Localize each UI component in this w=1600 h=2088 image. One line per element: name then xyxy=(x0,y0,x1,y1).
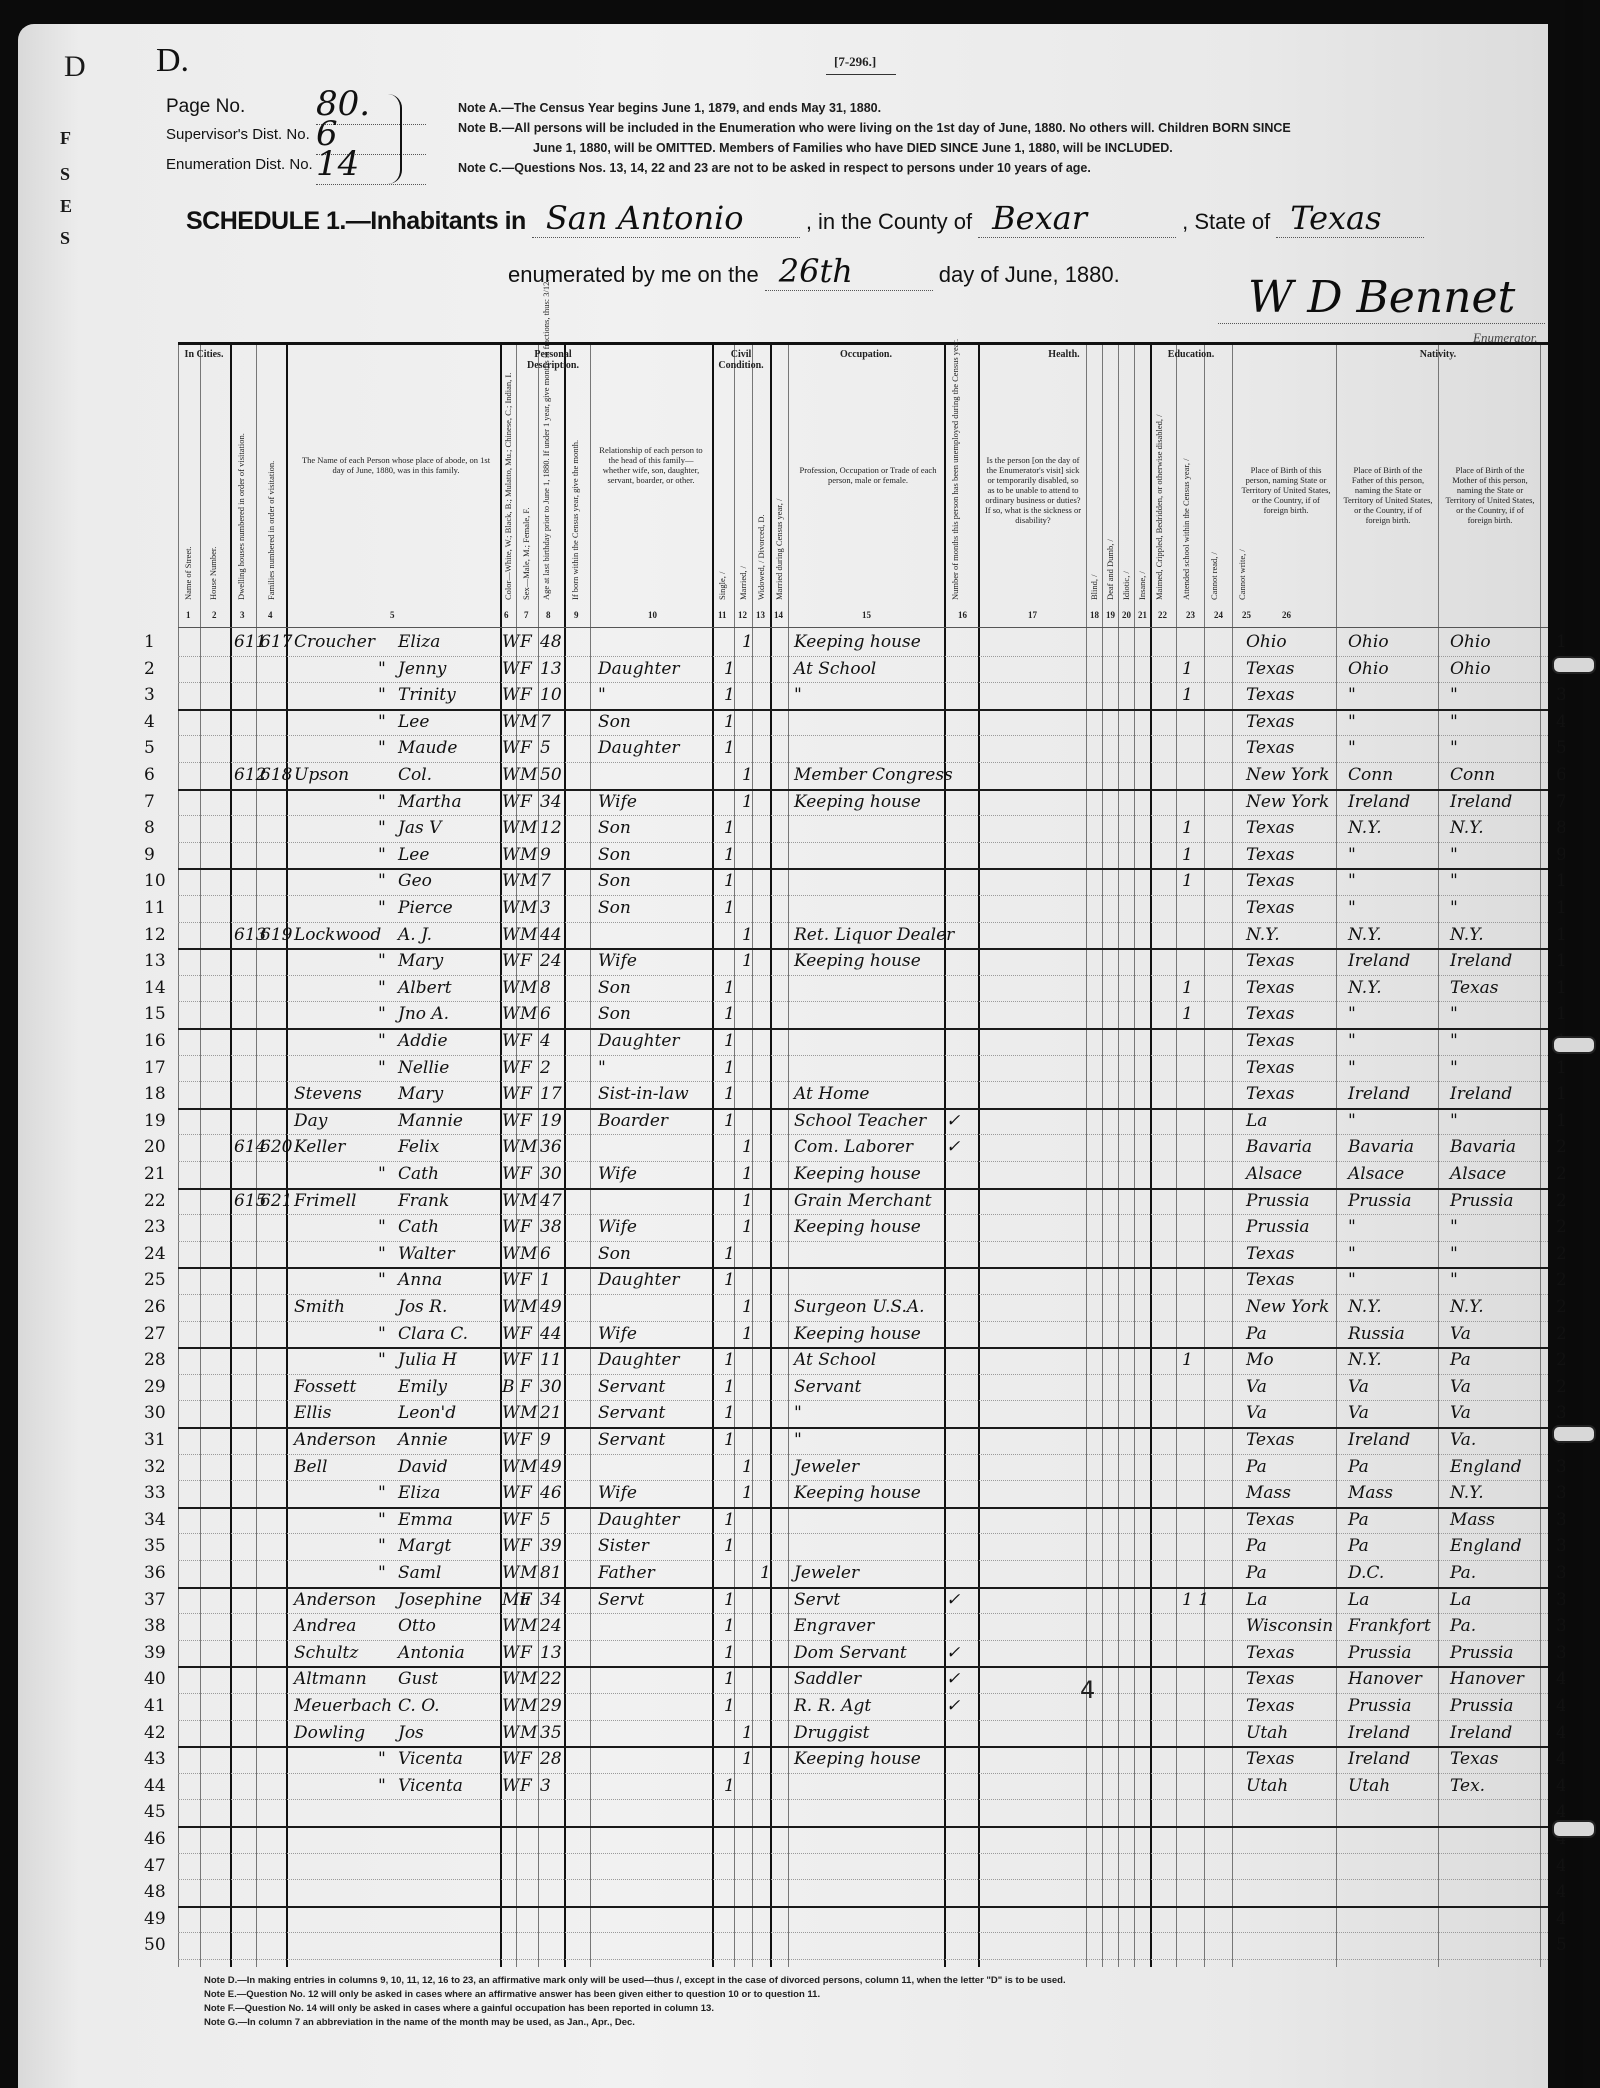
header-deaf: Deaf and Dumb, / xyxy=(1105,505,1115,600)
surname-cell: Croucher xyxy=(294,629,375,655)
color-cell: W xyxy=(502,1720,519,1746)
occupation-cell: Keeping house xyxy=(794,1746,921,1772)
sex-cell: M xyxy=(520,1693,537,1719)
married-mark-cell: 1 xyxy=(742,1214,753,1240)
surname-cell: Anderson xyxy=(294,1587,376,1613)
mother-birthplace-cell: Ireland xyxy=(1450,1081,1512,1107)
relationship-cell: Father xyxy=(598,1560,655,1586)
occupation-cell: Com. Laborer xyxy=(794,1134,913,1160)
age-cell: 4 xyxy=(540,1028,551,1054)
color-cell: W xyxy=(502,1400,519,1426)
row-number: 30 xyxy=(144,1400,166,1426)
father-birthplace-cell: Pa xyxy=(1348,1533,1369,1559)
color-cell: W xyxy=(502,1746,519,1772)
birthplace-cell: Va xyxy=(1246,1374,1267,1400)
father-birthplace-cell: " xyxy=(1348,709,1356,735)
father-birthplace-cell: N.Y. xyxy=(1348,815,1382,841)
row-number: 41 xyxy=(144,1693,166,1719)
margin-letter: F xyxy=(60,128,71,149)
given-name-cell: Mannie xyxy=(398,1108,463,1134)
row-number: 31 xyxy=(144,1427,166,1453)
birthplace-cell: Prussia xyxy=(1246,1214,1310,1240)
row-number: 22 xyxy=(144,1188,166,1214)
row-number: 35 xyxy=(144,1533,166,1559)
given-name-cell: Anna xyxy=(398,1267,442,1293)
birthplace-cell: Pa xyxy=(1246,1560,1267,1586)
state-label: , State of xyxy=(1182,209,1270,235)
color-cell: W xyxy=(502,682,519,708)
given-name-cell: Mary xyxy=(398,1081,443,1107)
column-number: 4 xyxy=(268,610,273,620)
row-number: 44 xyxy=(144,1773,166,1799)
row-number: 24 xyxy=(144,1241,166,1267)
relationship-cell: Servant xyxy=(598,1374,665,1400)
form-code: [7-296.] xyxy=(834,54,876,70)
sex-cell: M xyxy=(520,1241,537,1267)
married-mark-cell: 1 xyxy=(742,789,753,815)
father-birthplace-cell: Va xyxy=(1348,1400,1369,1426)
married-mark-cell: 1 xyxy=(742,948,753,974)
table-row: 1010"GeoWM7Son11Texas"" xyxy=(178,868,1548,896)
father-birthplace-cell: Pa xyxy=(1348,1507,1369,1533)
surname-cell: " xyxy=(378,1507,386,1533)
row-number: 43 xyxy=(144,1746,166,1772)
given-name-cell: Gust xyxy=(398,1666,438,1692)
table-row: 1616"AddieWF4Daughter1Texas"" xyxy=(178,1028,1548,1056)
birthplace-cell: Texas xyxy=(1246,1028,1295,1054)
surname-cell: " xyxy=(378,1028,386,1054)
birthplace-cell: N.Y. xyxy=(1246,922,1280,948)
given-name-cell: C. O. xyxy=(398,1693,440,1719)
birthplace-cell: Texas xyxy=(1246,1746,1295,1772)
father-birthplace-cell: Russia xyxy=(1348,1321,1405,1347)
mother-birthplace-cell: " xyxy=(1450,682,1458,708)
surname-cell: " xyxy=(378,1001,386,1027)
color-cell: W xyxy=(502,1241,519,1267)
note-b: Note B.—All persons will be included in … xyxy=(458,118,1291,138)
color-cell: B xyxy=(502,1374,515,1400)
occupation-cell: Saddler xyxy=(794,1666,861,1692)
given-name-cell: Albert xyxy=(398,975,452,1001)
sex-cell: F xyxy=(520,1161,532,1187)
given-name-cell: Emma xyxy=(398,1507,453,1533)
age-cell: 30 xyxy=(540,1374,562,1400)
color-cell: W xyxy=(502,1454,519,1480)
surname-cell: " xyxy=(378,1267,386,1293)
table-row: 55"MaudeWF5Daughter1Texas"" xyxy=(178,735,1548,763)
surname-cell: " xyxy=(378,656,386,682)
color-cell: W xyxy=(502,1640,519,1666)
surname-cell: Upson xyxy=(294,762,349,788)
binder-ring xyxy=(1552,1425,1596,1443)
table-row: 1717"NellieWF2"1Texas"" xyxy=(178,1055,1548,1083)
table-row: 22"JennyWF13Daughter1At School1TexasOhio… xyxy=(178,656,1548,684)
header-nativity: Nativity. xyxy=(1336,349,1540,360)
given-name-cell: Trinity xyxy=(398,682,456,708)
sex-cell: F xyxy=(520,1108,532,1134)
sex-cell: M xyxy=(520,1613,537,1639)
married-mark-cell: 1 xyxy=(742,1480,753,1506)
father-birthplace-cell: Prussia xyxy=(1348,1188,1412,1214)
mother-birthplace-cell: Mass xyxy=(1450,1507,1495,1533)
single-mark-cell: 1 xyxy=(724,709,735,735)
table-row: 1515"Jno A.WM6Son11Texas"" xyxy=(178,1001,1548,1030)
attended-school-mark-cell: 1 xyxy=(1182,682,1193,708)
surname-cell: " xyxy=(378,815,386,841)
father-birthplace-cell: Prussia xyxy=(1348,1640,1412,1666)
header-occupation-group: Occupation. xyxy=(788,349,944,360)
relationship-cell: Wife xyxy=(598,1321,637,1347)
father-birthplace-cell: Mass xyxy=(1348,1480,1393,1506)
color-cell: W xyxy=(502,895,519,921)
occupation-cell: School Teacher xyxy=(794,1108,926,1134)
relationship-cell: Wife xyxy=(598,1214,637,1240)
header-health: Health. xyxy=(978,349,1150,360)
mother-birthplace-cell: N.Y. xyxy=(1450,815,1484,841)
age-cell: 49 xyxy=(540,1454,562,1480)
father-birthplace-cell: " xyxy=(1348,1241,1356,1267)
note-a: Note A.—The Census Year begins June 1, 1… xyxy=(458,98,1291,118)
binder-ring xyxy=(1552,656,1596,674)
column-number: 5 xyxy=(390,610,395,620)
sex-cell: F xyxy=(520,948,532,974)
single-mark-cell: 1 xyxy=(724,1241,735,1267)
color-cell: W xyxy=(502,1560,519,1586)
color-cell: W xyxy=(502,815,519,841)
relationship-cell: Daughter xyxy=(598,1507,680,1533)
attended-school-mark-cell: 1 xyxy=(1182,1347,1193,1373)
father-birthplace-cell: Va xyxy=(1348,1374,1369,1400)
divider xyxy=(826,74,896,75)
given-name-cell: Margt xyxy=(398,1533,451,1559)
occupation-cell: Keeping house xyxy=(794,1161,921,1187)
age-cell: 48 xyxy=(540,629,562,655)
father-birthplace-cell: Utah xyxy=(1348,1773,1390,1799)
father-birthplace-cell: Alsace xyxy=(1348,1161,1404,1187)
occupation-cell: Servt xyxy=(794,1587,840,1613)
column-number: 17 xyxy=(1028,610,1037,620)
single-mark-cell: 1 xyxy=(724,1347,735,1373)
age-cell: 8 xyxy=(540,975,551,1001)
birthplace-cell: New York xyxy=(1246,789,1329,815)
married-mark-cell: 1 xyxy=(742,1746,753,1772)
age-cell: 5 xyxy=(540,735,551,761)
unemployed-check-cell: ✓ xyxy=(946,1134,960,1160)
birthplace-cell: Texas xyxy=(1246,1267,1295,1293)
birthplace-cell: Texas xyxy=(1246,1666,1295,1692)
schedule-header: SCHEDULE 1.—Inhabitants in San Antonio ,… xyxy=(186,199,1424,238)
father-birthplace-cell: " xyxy=(1348,1028,1356,1054)
single-mark-cell: 1 xyxy=(724,1081,735,1107)
father-birthplace-cell: Hanover xyxy=(1348,1666,1422,1692)
color-cell: W xyxy=(502,1507,519,1533)
surname-cell: Bell xyxy=(294,1454,327,1480)
column-number: 9 xyxy=(574,610,579,620)
surname-cell: " xyxy=(378,1321,386,1347)
given-name-cell: Otto xyxy=(398,1613,436,1639)
birthplace-cell: Texas xyxy=(1246,1427,1295,1453)
header-single: Single, / xyxy=(717,525,727,600)
column-number: 8 xyxy=(546,610,551,620)
surname-cell: Fossett xyxy=(294,1374,356,1400)
table-row: 1212613619LockwoodA. J.WM441Ret. Liquor … xyxy=(178,922,1548,951)
header-age: Age at last birthday prior to June 1, 18… xyxy=(541,375,551,600)
row-number: 2 xyxy=(144,656,155,682)
attended-school-mark-cell: 1 xyxy=(1182,656,1193,682)
table-row: 4444"VicentaWF31UtahUtahTex. xyxy=(178,1773,1548,1801)
birthplace-cell: Texas xyxy=(1246,975,1295,1001)
given-name-cell: Jos R. xyxy=(398,1294,447,1320)
occupation-cell: At Home xyxy=(794,1081,869,1107)
mother-birthplace-cell: Ireland xyxy=(1450,1720,1512,1746)
relationship-cell: Son xyxy=(598,868,631,894)
county-label: , in the County of xyxy=(806,209,972,235)
enum-suffix: day of June, 1880. xyxy=(939,262,1120,288)
surname-cell: Andrea xyxy=(294,1613,356,1639)
birthplace-cell: Texas xyxy=(1246,948,1295,974)
row-number: 36 xyxy=(144,1560,166,1586)
father-birthplace-cell: Pa xyxy=(1348,1454,1369,1480)
surname-cell: Stevens xyxy=(294,1081,362,1107)
married-mark-cell: 1 xyxy=(742,1321,753,1347)
column-number: 6 xyxy=(504,610,509,620)
occupation-cell: At School xyxy=(794,1347,876,1373)
table-row: 2020614620KellerFelixWM361Com. Laborer✓B… xyxy=(178,1134,1548,1162)
row-number: 49 xyxy=(144,1906,166,1932)
father-birthplace-cell: Ireland xyxy=(1348,789,1410,815)
form-letter: D. xyxy=(156,42,189,80)
row-number: 27 xyxy=(144,1321,166,1347)
mother-birthplace-cell: " xyxy=(1450,1055,1458,1081)
color-cell: W xyxy=(502,1134,519,1160)
note-g: Note G.—In column 7 an abbreviation in t… xyxy=(204,2016,1066,2030)
age-cell: 28 xyxy=(540,1746,562,1772)
row-number: 20 xyxy=(144,1134,166,1160)
occupation-cell: Keeping house xyxy=(794,1480,921,1506)
column-number: 12 xyxy=(738,610,747,620)
relationship-cell: Servant xyxy=(598,1400,665,1426)
mother-birthplace-cell: " xyxy=(1450,709,1458,735)
row-number: 38 xyxy=(144,1613,166,1639)
table-row: 3232BellDavidWM491JewelerPaPaEngland xyxy=(178,1454,1548,1482)
table-row: 4545 xyxy=(178,1799,1548,1828)
sex-cell: M xyxy=(520,709,537,735)
color-cell: W xyxy=(502,975,519,1001)
age-cell: 38 xyxy=(540,1214,562,1240)
enum-day: 26th xyxy=(765,252,933,291)
column-number: 22 xyxy=(1158,610,1167,620)
birthplace-cell: Texas xyxy=(1246,709,1295,735)
row-number: 5 xyxy=(144,735,155,761)
row-number: 10 xyxy=(144,868,166,894)
mother-birthplace-cell: " xyxy=(1450,1214,1458,1240)
married-mark-cell: 1 xyxy=(742,922,753,948)
birthplace-cell: Pa xyxy=(1246,1533,1267,1559)
father-birthplace-cell: N.Y. xyxy=(1348,1294,1382,1320)
enumerator-signature: W D Bennet xyxy=(1218,272,1545,324)
margin-letter: E xyxy=(60,196,72,217)
sex-cell: M xyxy=(520,1400,537,1426)
birthplace-cell: Wisconsin xyxy=(1246,1613,1333,1639)
sex-cell: F xyxy=(520,1081,532,1107)
family-number-cell: 617 xyxy=(260,629,292,655)
single-mark-cell: 1 xyxy=(724,1666,735,1692)
attended-school-mark-cell: 1 1 xyxy=(1182,1587,1209,1613)
birthplace-cell: New York xyxy=(1246,762,1329,788)
unemployed-check-cell: ✓ xyxy=(946,1640,960,1666)
mother-birthplace-cell: Ohio xyxy=(1450,629,1491,655)
age-cell: 81 xyxy=(540,1560,562,1586)
table-row: 2424"WalterWM6Son1Texas"" xyxy=(178,1241,1548,1270)
header-in-cities: In Cities. xyxy=(178,349,230,360)
single-mark-cell: 1 xyxy=(724,1028,735,1054)
age-cell: 29 xyxy=(540,1693,562,1719)
row-number: 11 xyxy=(144,895,166,921)
mother-birthplace-cell: England xyxy=(1450,1454,1522,1480)
birthplace-cell: Texas xyxy=(1246,895,1295,921)
table-row: 11611617CroucherElizaWF481Keeping houseO… xyxy=(178,629,1548,657)
age-cell: 46 xyxy=(540,1480,562,1506)
margin-letter: S xyxy=(60,228,70,249)
sex-cell: M xyxy=(520,1001,537,1027)
married-mark-cell: 1 xyxy=(742,1188,753,1214)
occupation-cell: Ret. Liquor Dealer xyxy=(794,922,954,948)
age-cell: 1 xyxy=(540,1267,551,1293)
row-number: 6 xyxy=(144,762,155,788)
birthplace-cell: Ohio xyxy=(1246,629,1287,655)
single-mark-cell: 1 xyxy=(724,1507,735,1533)
row-number: 26 xyxy=(144,1294,166,1320)
occupation-cell: Grain Merchant xyxy=(794,1188,932,1214)
sex-cell: M xyxy=(520,1454,537,1480)
age-cell: 9 xyxy=(540,842,551,868)
sex-cell: M xyxy=(520,1666,537,1692)
state-value: Texas xyxy=(1276,199,1424,238)
column-number: 20 xyxy=(1122,610,1131,620)
color-cell: W xyxy=(502,1267,519,1293)
relationship-cell: Boarder xyxy=(598,1108,668,1134)
father-birthplace-cell: Bavaria xyxy=(1348,1134,1414,1160)
married-mark-cell: 1 xyxy=(742,1720,753,1746)
column-number: 24 xyxy=(1214,610,1223,620)
row-number: 21 xyxy=(144,1161,166,1187)
unemployed-check-cell: ✓ xyxy=(946,1587,960,1613)
surname-cell: " xyxy=(378,1241,386,1267)
surname-cell: " xyxy=(378,1560,386,1586)
header-maimed: Maimed, Crippled, Bedridden, or otherwis… xyxy=(1154,375,1164,600)
margin-letter: S xyxy=(60,164,70,185)
table-row: 2727"Clara C.WF44Wife1Keeping housePaRus… xyxy=(178,1321,1548,1350)
row-number: 48 xyxy=(144,1879,166,1905)
relationship-cell: Son xyxy=(598,895,631,921)
header-birth-self: Place of Birth of this person, naming St… xyxy=(1240,465,1332,515)
column-number: 14 xyxy=(774,610,783,620)
father-birthplace-cell: " xyxy=(1348,1055,1356,1081)
tally-mark: 4 xyxy=(1080,1676,1095,1704)
row-number: 12 xyxy=(144,922,166,948)
birthplace-cell: Alsace xyxy=(1246,1161,1302,1187)
color-cell: W xyxy=(502,762,519,788)
color-cell: W xyxy=(502,735,519,761)
color-cell: W xyxy=(502,1188,519,1214)
table-row: 2828"Julia HWF11Daughter1At School1MoN.Y… xyxy=(178,1347,1548,1375)
relationship-cell: Son xyxy=(598,1001,631,1027)
relationship-cell: Son xyxy=(598,709,631,735)
table-row: 2121"CathWF30Wife1Keeping houseAlsaceAls… xyxy=(178,1161,1548,1190)
header-color: Color—White, W.; Black, B.; Mulatto, Mu.… xyxy=(503,375,513,600)
table-row: 2222615621FrimellFrankWM471Grain Merchan… xyxy=(178,1188,1548,1216)
married-mark-cell: 1 xyxy=(742,1134,753,1160)
table-row: 2323"CathWF38Wife1Keeping housePrussia"" xyxy=(178,1214,1548,1242)
age-cell: 50 xyxy=(540,762,562,788)
mother-birthplace-cell: Texas xyxy=(1450,975,1499,1001)
occupation-cell: Keeping house xyxy=(794,948,921,974)
occupation-cell: Jeweler xyxy=(794,1560,859,1586)
age-cell: 7 xyxy=(540,709,551,735)
relationship-cell: Son xyxy=(598,842,631,868)
attended-school-mark-cell: 1 xyxy=(1182,815,1193,841)
age-cell: 13 xyxy=(540,1640,562,1666)
birthplace-cell: New York xyxy=(1246,1294,1329,1320)
row-number: 18 xyxy=(144,1081,166,1107)
table-row: 4040AltmannGustWM221Saddler✓TexasHanover… xyxy=(178,1666,1548,1694)
relationship-cell: Servt xyxy=(598,1587,644,1613)
header-birth-mother: Place of Birth of the Mother of this per… xyxy=(1444,465,1536,525)
relationship-cell: Daughter xyxy=(598,1347,680,1373)
binder-ring xyxy=(1552,1820,1596,1838)
relationship-cell: Wife xyxy=(598,1480,637,1506)
age-cell: 9 xyxy=(540,1427,551,1453)
age-cell: 19 xyxy=(540,1108,562,1134)
sex-cell: F xyxy=(520,1055,532,1081)
table-row: 77"MarthaWF34Wife1Keeping houseNew YorkI… xyxy=(178,789,1548,817)
table-row: 3939SchultzAntoniaWF131Dom Servant✓Texas… xyxy=(178,1640,1548,1669)
mother-birthplace-cell: Tex. xyxy=(1450,1773,1485,1799)
married-mark-cell: 1 xyxy=(742,762,753,788)
surname-cell: " xyxy=(378,868,386,894)
sex-cell: F xyxy=(520,1374,532,1400)
given-name-cell: Vicenta xyxy=(398,1773,463,1799)
row-number: 34 xyxy=(144,1507,166,1533)
given-name-cell: A. J. xyxy=(398,922,432,948)
single-mark-cell: 1 xyxy=(724,1613,735,1639)
color-cell: W xyxy=(502,1666,519,1692)
mother-birthplace-cell: N.Y. xyxy=(1450,922,1484,948)
sex-cell: M xyxy=(520,975,537,1001)
sex-cell: F xyxy=(520,1773,532,1799)
birthplace-cell: Texas xyxy=(1246,1241,1295,1267)
header-blind: Blind, / xyxy=(1089,545,1099,600)
single-mark-cell: 1 xyxy=(724,1773,735,1799)
column-number: 1 xyxy=(186,610,191,620)
header-sick: Is the person [on the day of the Enumera… xyxy=(984,455,1082,525)
table-row: 3333"ElizaWF46Wife1Keeping houseMassMass… xyxy=(178,1480,1548,1509)
family-number-cell: 618 xyxy=(260,762,292,788)
attended-school-mark-cell: 1 xyxy=(1182,1001,1193,1027)
single-mark-cell: 1 xyxy=(724,1533,735,1559)
age-cell: 10 xyxy=(540,682,562,708)
given-name-cell: Mary xyxy=(398,948,443,974)
sex-cell: F xyxy=(520,1640,532,1666)
age-cell: 44 xyxy=(540,1321,562,1347)
single-mark-cell: 1 xyxy=(724,1374,735,1400)
mother-birthplace-cell: Va. xyxy=(1450,1427,1476,1453)
birthplace-cell: Texas xyxy=(1246,842,1295,868)
header-education: Education. xyxy=(1150,349,1232,360)
given-name-cell: Frank xyxy=(398,1188,449,1214)
row-number: 13 xyxy=(144,948,166,974)
header-insane: Insane, / xyxy=(1137,545,1147,600)
